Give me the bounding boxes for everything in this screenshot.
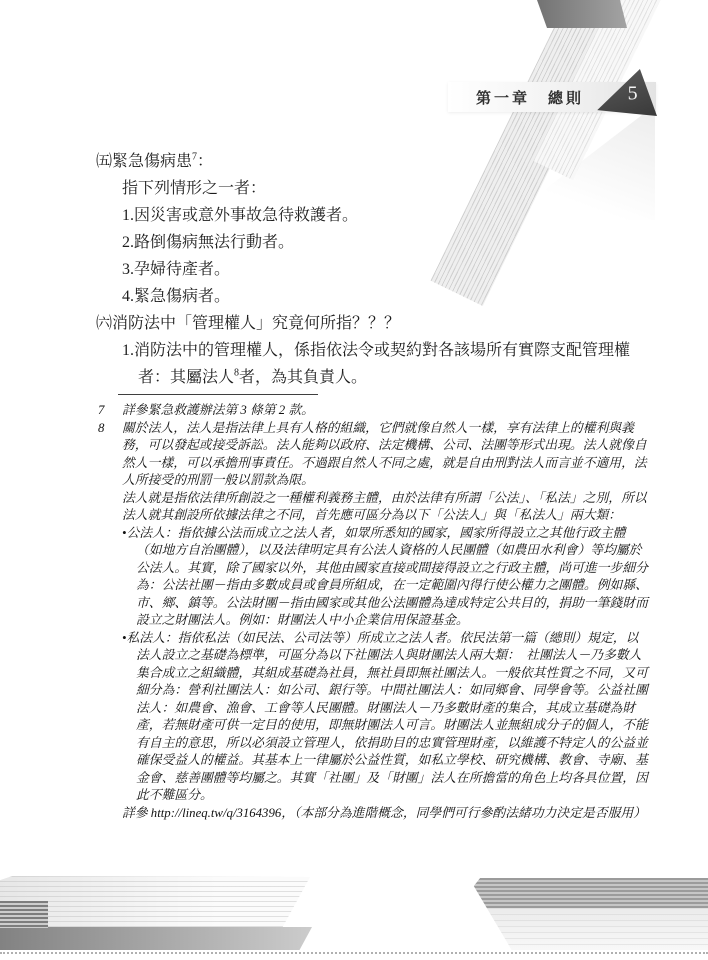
list-item-2: 2.路倒傷病無法行動者。 xyxy=(96,229,642,256)
section-5-title: 緊急傷病患 xyxy=(112,153,192,170)
section-6-item-1: 1.消防法中的管理權人，係指依法令或契約對各該場所有實際支配管理權者：其屬法人8… xyxy=(96,337,642,391)
bottom-left-dark-stripes-decoration xyxy=(0,901,48,928)
section-5-heading: ㈤緊急傷病患7： xyxy=(96,148,642,175)
section-6-heading: ㈥消防法中「管理權人」究竟何所指？？？ xyxy=(96,310,642,337)
list-item-4: 4.緊急傷病者。 xyxy=(96,283,642,310)
bottom-left-dark-band-decoration xyxy=(0,927,312,950)
footnote-8-closing: 詳參 http://lineq.tw/q/3164396，（本部分為進階概念，同… xyxy=(122,805,648,823)
footnote-8-bullet-private: •私法人：指依私法（如民法、公司法等）所成立之法人者。依民法第一篇（總則）規定，… xyxy=(122,630,648,805)
footnote-8-bullet-public: •公法人：指依據公法而成立之法人者，如眾所悉知的國家，國家所得設立之其他行政主體… xyxy=(122,525,648,630)
section-6-marker: ㈥ xyxy=(96,315,112,332)
footnote-8: 8 關於法人，法人是指法律上具有人格的組織，它們就像自然人一樣，享有法律上的權利… xyxy=(98,420,648,823)
footnote-7-text: 詳參緊急救護辦法第 3 條第 2 款。 xyxy=(122,402,648,420)
footnote-7-number: 7 xyxy=(98,402,122,420)
footnote-separator xyxy=(118,394,318,395)
main-content: ㈤緊急傷病患7： 指下列情形之一者： 1.因災害或意外事故急待救護者。 2.路倒… xyxy=(96,148,642,391)
footnote-7: 7 詳參緊急救護辦法第 3 條第 2 款。 xyxy=(98,402,648,420)
footnote-8-paragraph-2: 法人就是指依法律所創設之一種權利義務主體，由於法律有所謂「公法」、「私法」之別，… xyxy=(122,490,648,525)
section-5-intro: 指下列情形之一者： xyxy=(96,175,642,202)
section-5-marker: ㈤ xyxy=(96,153,112,170)
section-5-colon: ： xyxy=(197,153,213,170)
chapter-title: 第一章 總則 xyxy=(476,87,584,108)
page-number: 5 xyxy=(628,82,638,105)
section-6-item-tail: 者，為其負責人。 xyxy=(239,369,367,386)
footnotes-block: 7 詳參緊急救護辦法第 3 條第 2 款。 8 關於法人，法人是指法律上具有人格… xyxy=(98,402,648,822)
list-item-1: 1.因災害或意外事故急待救護者。 xyxy=(96,202,642,229)
bottom-dotted-line xyxy=(0,952,708,954)
footnote-8-number: 8 xyxy=(98,420,122,823)
section-6-title: 消防法中「管理權人」究竟何所指？？？ xyxy=(112,315,400,332)
book-page: 第一章 總則 5 ㈤緊急傷病患7： 指下列情形之一者： 1.因災害或意外事故急待… xyxy=(0,0,708,960)
section-6-item-text: 1.消防法中的管理權人，係指依法令或契約對各該場所有實際支配管理權者：其屬法人 xyxy=(122,342,630,386)
top-gray-parallelogram-decoration xyxy=(530,0,630,28)
footnote-8-paragraph-1: 關於法人，法人是指法律上具有人格的組織，它們就像自然人一樣，享有法律上的權利與義… xyxy=(122,420,648,490)
list-item-3: 3.孕婦待產者。 xyxy=(96,256,642,283)
